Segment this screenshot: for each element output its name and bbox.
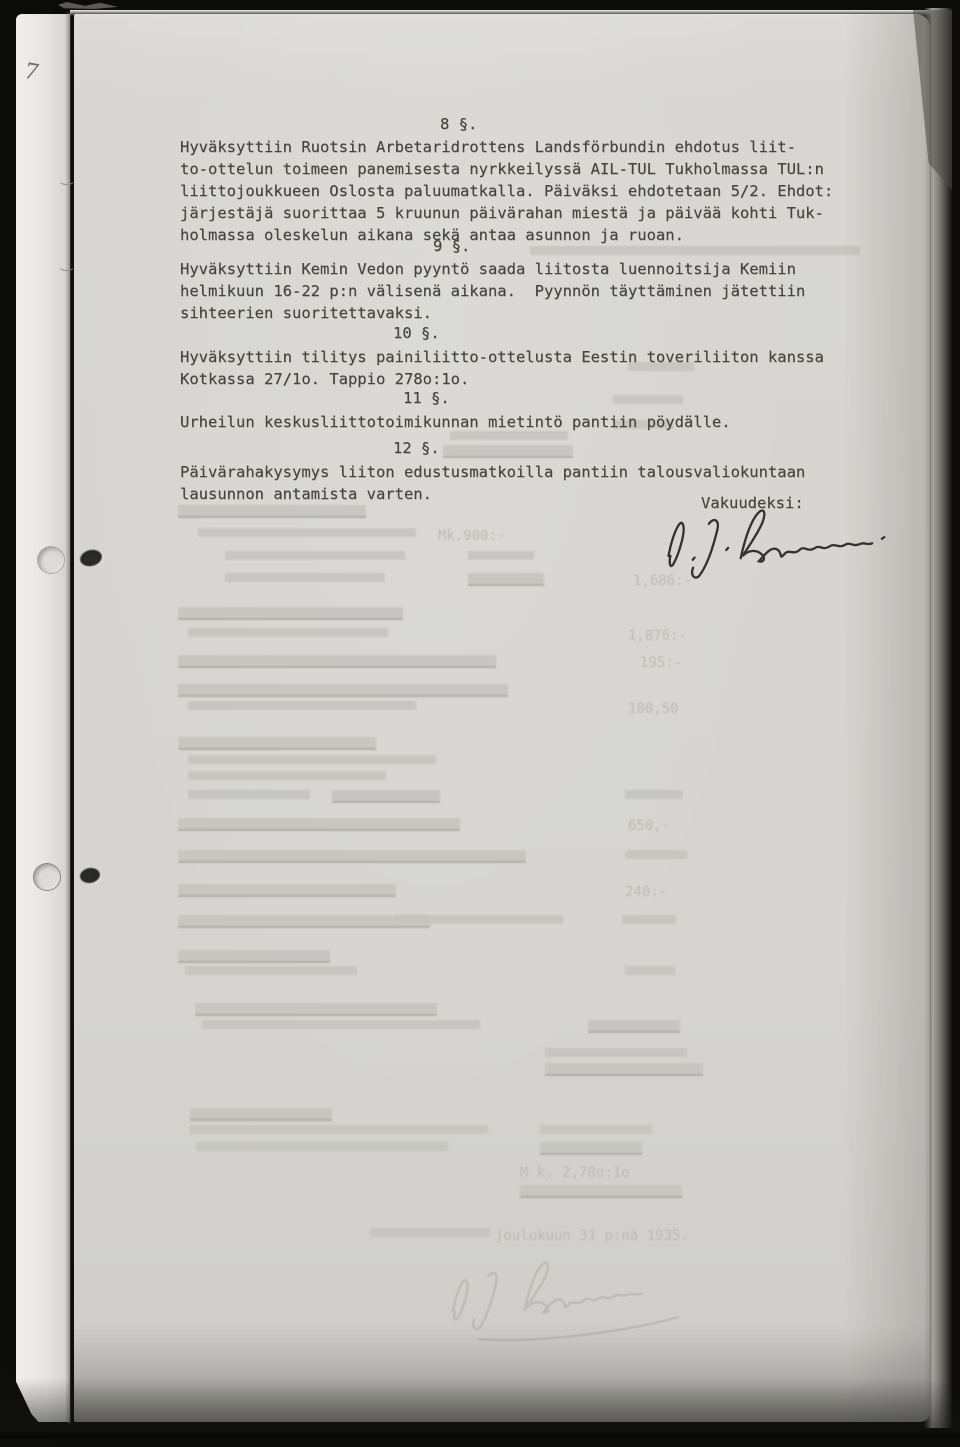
minutes-line: Hyväksyttiin Ruotsin Arbetaridrottens La… [180,136,880,158]
minutes-line: to-ottelun toimeen panemisesta nyrkkeily… [180,158,880,180]
section-10: Hyväksyttiin tilitys painiliitto-ottelus… [180,346,880,390]
section-heading-8: 8 §. [440,115,477,133]
typed-minutes: 8 §. Hyväksyttiin Ruotsin Arbetaridrotte… [0,0,960,1447]
minutes-line: Urheilun keskusliittotoimikunnan mietint… [180,411,880,433]
minutes-line: helmikuun 16-22 p:n välisenä aikana. Pyy… [180,280,880,302]
section-8: Hyväksyttiin Ruotsin Arbetaridrottens La… [180,136,880,246]
scanned-page: Mk.900:-1,686:-1,876:-195:-180,50650,-24… [0,0,960,1447]
handwritten-signature: V. J. Kostiainen. [650,491,916,597]
minutes-line: liittojoukkueen Oslosta paluumatkalla. P… [180,180,880,202]
section-11: Urheilun keskusliittotoimikunnan mietint… [180,411,880,433]
section-heading-10: 10 §. [393,324,440,342]
minutes-line: holmassa oleskelun aikana sekä antaa asu… [180,224,880,246]
minutes-line: Päivärahakysymys liiton edustusmatkoilla… [180,461,880,483]
minutes-line: Kotkassa 27/1o. Tappio 278o:1o. [180,368,880,390]
minutes-line: Hyväksyttiin tilitys painiliitto-ottelus… [180,346,880,368]
minutes-line: sihteerien suoritettavaksi. [180,302,880,324]
minutes-line: Hyväksyttiin Kemin Vedon pyyntö saada li… [180,258,880,280]
section-heading-12: 12 §. [393,439,440,457]
section-heading-11: 11 §. [403,389,450,407]
section-heading-9: 9 §. [433,237,470,255]
minutes-line: järjestäjä suorittaa 5 kruunun päiväraha… [180,202,880,224]
section-9: Hyväksyttiin Kemin Vedon pyyntö saada li… [180,258,880,324]
